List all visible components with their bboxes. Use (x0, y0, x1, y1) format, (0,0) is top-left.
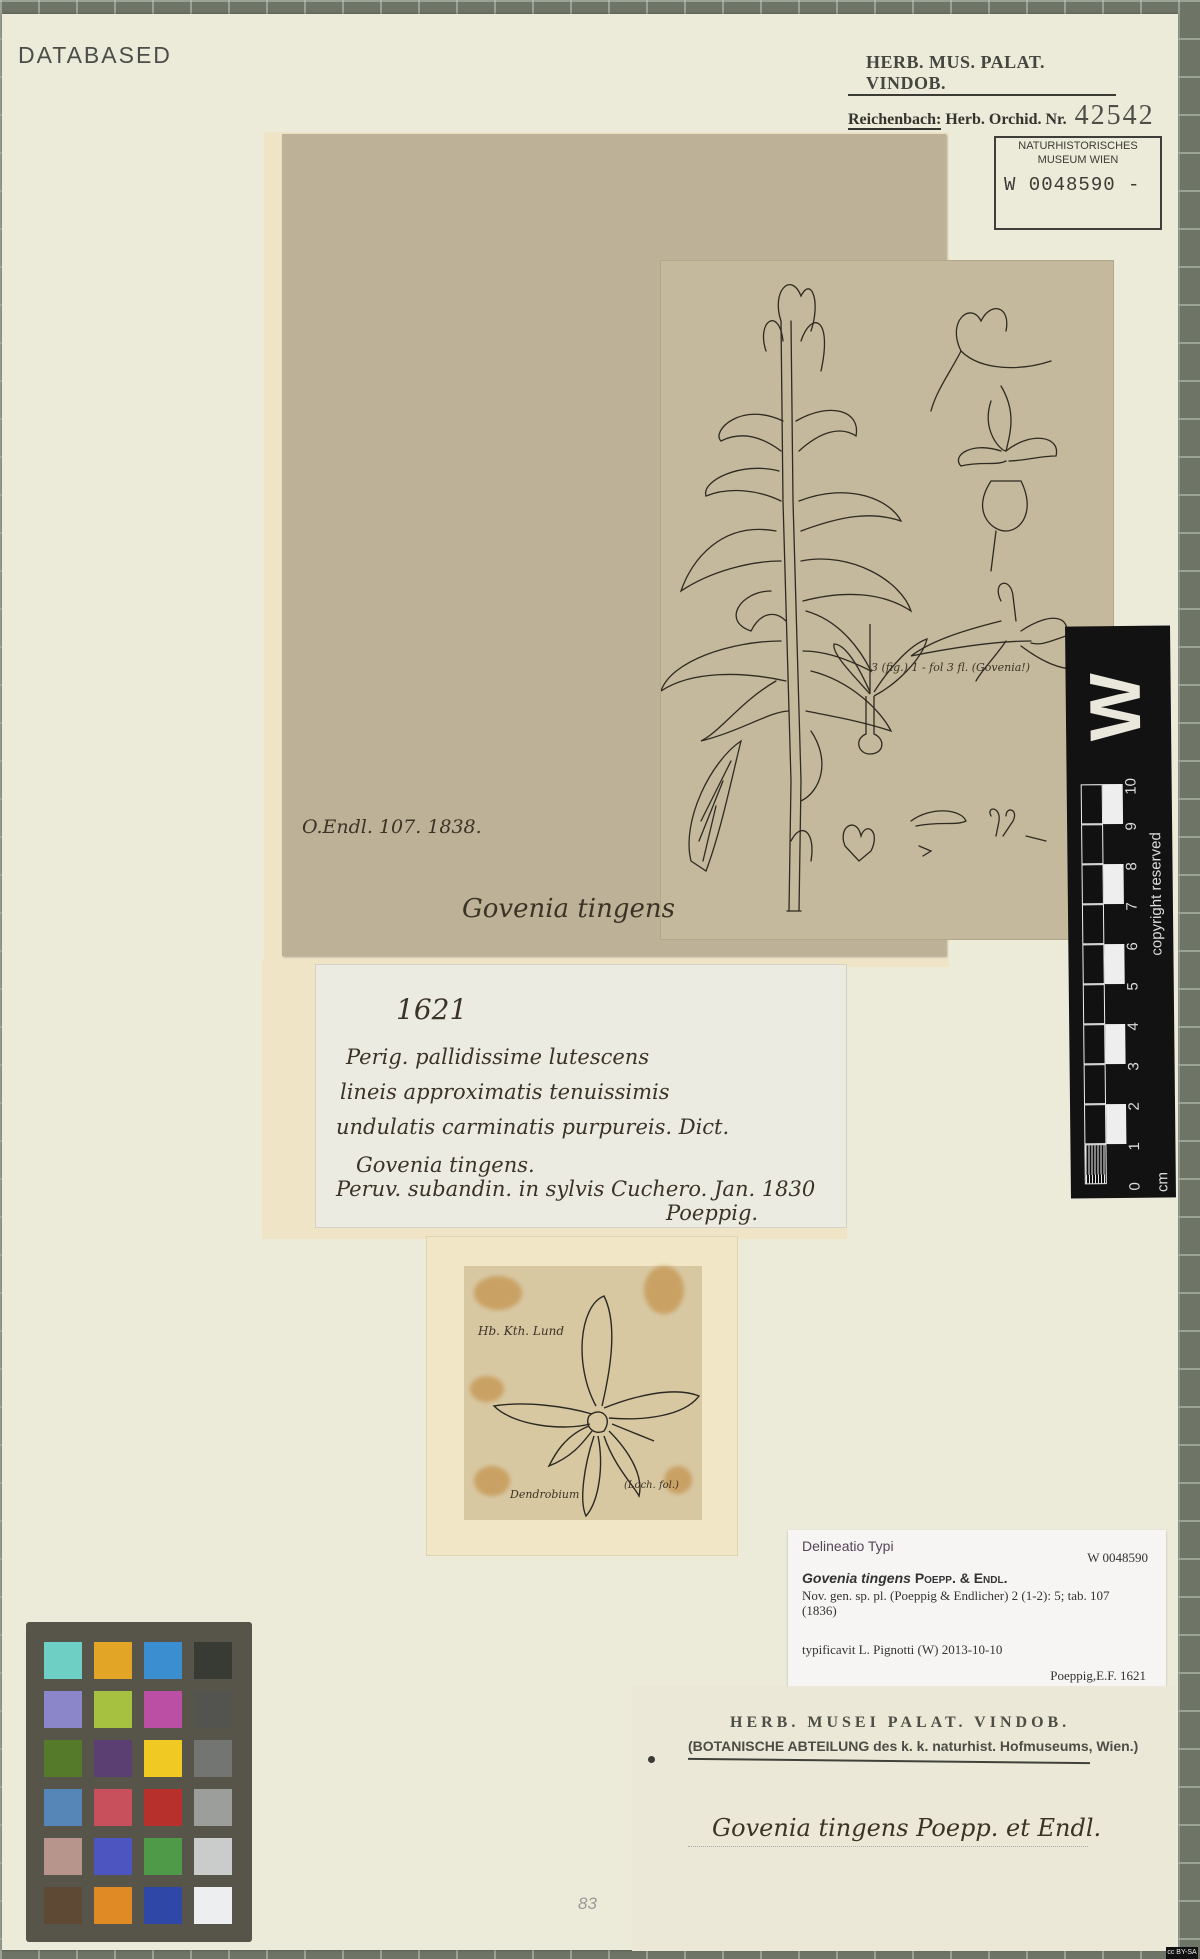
scale-tick-0: 0 (1127, 1182, 1144, 1191)
color-patch (144, 1789, 182, 1826)
drawing-species-note: Govenia tingens (462, 894, 675, 924)
scale-tick-4: 4 (1125, 1022, 1142, 1031)
sketch-note-bottom-right: (Loch. fol.) (624, 1480, 679, 1491)
color-patch (194, 1838, 232, 1875)
herbarium-sheet: DATABASED HERB. MUS. PALAT. VINDOB. Reic… (2, 14, 1178, 1950)
museum-stamp-line2: MUSEUM WIEN (996, 154, 1160, 166)
museum-label-line2: (BOTANISCHE ABTEILUNG des k. k. naturhis… (688, 1738, 1138, 1754)
color-patch (44, 1740, 82, 1777)
color-patch (94, 1691, 132, 1728)
orchid-drawing-icon: 3 (fig.) 1 - fol 3 fl. (Govenia!) (661, 261, 1113, 939)
scale-bar-unit: cm (1154, 1172, 1171, 1192)
color-patch (144, 1887, 182, 1924)
ruler-ticks (1081, 784, 1127, 1188)
type-label-barcode: W 0048590 (1087, 1550, 1148, 1566)
color-patch (44, 1838, 82, 1875)
reichenbach-label: Reichenbach: (848, 111, 941, 130)
scale-bar-logo: W (1074, 662, 1157, 753)
scale-tick-9: 9 (1123, 822, 1140, 831)
species-name: Govenia tingens (802, 1570, 911, 1586)
herbarium-header-line2: Reichenbach: Herb. Orchid. Nr. 42542 (848, 100, 1168, 132)
type-determination-label: Delineatio Typi W 0048590 Govenia tingen… (788, 1530, 1166, 1688)
color-patch (44, 1789, 82, 1826)
orchid-illustration: 3 (fig.) 1 - fol 3 fl. (Govenia!) (660, 260, 1114, 940)
scale-tick-8: 8 (1123, 862, 1140, 871)
color-patch (194, 1789, 232, 1826)
museum-barcode-stamp: NATURHISTORISCHES MUSEUM WIEN W 0048590 … (994, 136, 1162, 230)
type-label-typification: typificavit L. Pignotti (W) 2013-10-10 (802, 1642, 1002, 1658)
color-patch (94, 1642, 132, 1679)
note-line-2: lineis approximatis tenuissimis (340, 1080, 670, 1104)
scale-tick-2: 2 (1126, 1102, 1143, 1111)
color-patch (94, 1887, 132, 1924)
museum-label-line1: HERB. MUSEI PALAT. VINDOB. (730, 1714, 1070, 1732)
scale-tick-1: 1 (1126, 1142, 1143, 1151)
color-patch (94, 1740, 132, 1777)
note-line-5: Peruv. subandin. in sylvis Cuchero. Jan.… (336, 1177, 815, 1201)
scale-tick-3: 3 (1125, 1062, 1142, 1071)
color-patch (194, 1740, 232, 1777)
collector-handwritten-note: 1621 Perig. pallidissime lutescens linei… (315, 964, 847, 1228)
color-patch (44, 1887, 82, 1924)
small-orchid-sketch: Hb. Kth. Lund Dendrobium (Loch. fol.) (464, 1266, 702, 1520)
color-patch (44, 1642, 82, 1679)
type-label-collector: Poeppig,E.F. 1621 (1050, 1668, 1146, 1684)
divider (688, 1758, 1090, 1764)
type-label-reference: Nov. gen. sp. pl. (Poeppig & Endlicher) … (802, 1588, 1122, 1618)
museum-stamp-barcode: W 0048590 - (1004, 174, 1160, 196)
herbarium-header-stamp: HERB. MUS. PALAT. VINDOB. Reichenbach: H… (848, 52, 1168, 132)
color-calibration-chart (26, 1622, 252, 1942)
scale-tick-6: 6 (1124, 942, 1141, 951)
sketch-note-bottom-left: Dendrobium (510, 1488, 579, 1501)
species-authors: Poepp. & Endl. (915, 1570, 1008, 1586)
scale-tick-7: 7 (1124, 902, 1141, 911)
type-label-species: Govenia tingens Poepp. & Endl. (802, 1570, 1008, 1586)
color-patch (194, 1642, 232, 1679)
color-patch (194, 1691, 232, 1728)
color-patch (144, 1838, 182, 1875)
note-line-6: Poeppig. (666, 1201, 758, 1225)
scale-tick-5: 5 (1124, 982, 1141, 991)
herbarium-number: 42542 (1075, 100, 1155, 131)
color-patch (144, 1691, 182, 1728)
herbarium-header-line1: HERB. MUS. PALAT. VINDOB. (848, 52, 1116, 96)
herb-orchid-label: Herb. Orchid. Nr. (945, 111, 1066, 128)
color-patch (44, 1691, 82, 1728)
museum-stamp-line1: NATURHISTORISCHES (996, 140, 1160, 152)
note-line-4: Govenia tingens. (356, 1153, 535, 1177)
sketch-note-top: Hb. Kth. Lund (478, 1324, 564, 1338)
collector-number: 1621 (396, 993, 467, 1026)
databased-stamp: DATABASED (18, 42, 172, 69)
note-line-1: Perig. pallidissime lutescens (346, 1045, 649, 1069)
scale-bar: W 0 1 2 3 4 5 6 7 8 9 10 copyr (1065, 625, 1176, 1198)
color-patch (144, 1642, 182, 1679)
license-badge: cc BY-SA (1166, 1947, 1198, 1959)
color-patch (94, 1838, 132, 1875)
color-patch (94, 1789, 132, 1826)
scale-tick-10: 10 (1122, 778, 1139, 795)
type-label-title: Delineatio Typi (802, 1538, 894, 1554)
note-line-3: undulatis carminatis purpureis. Dict. (336, 1115, 729, 1139)
museum-determination-label: HERB. MUSEI PALAT. VINDOB. (BOTANISCHE A… (632, 1686, 1176, 1951)
color-patch (144, 1740, 182, 1777)
pencil-number: 83 (578, 1894, 597, 1914)
pseudobulb-sketch-icon (822, 614, 932, 764)
scale-bar-copyright: copyright reserved (1146, 756, 1165, 956)
bullet-icon (648, 1756, 655, 1763)
drawing-date-note: O.Endl. 107. 1838. (302, 816, 482, 838)
color-patch (194, 1887, 232, 1924)
museum-label-handwritten-name: Govenia tingens Poepp. et Endl. (712, 1814, 1101, 1842)
dotted-line (688, 1846, 1088, 1847)
drawing-mount: 3 (fig.) 1 - fol 3 fl. (Govenia!) O.Endl… (282, 134, 946, 956)
